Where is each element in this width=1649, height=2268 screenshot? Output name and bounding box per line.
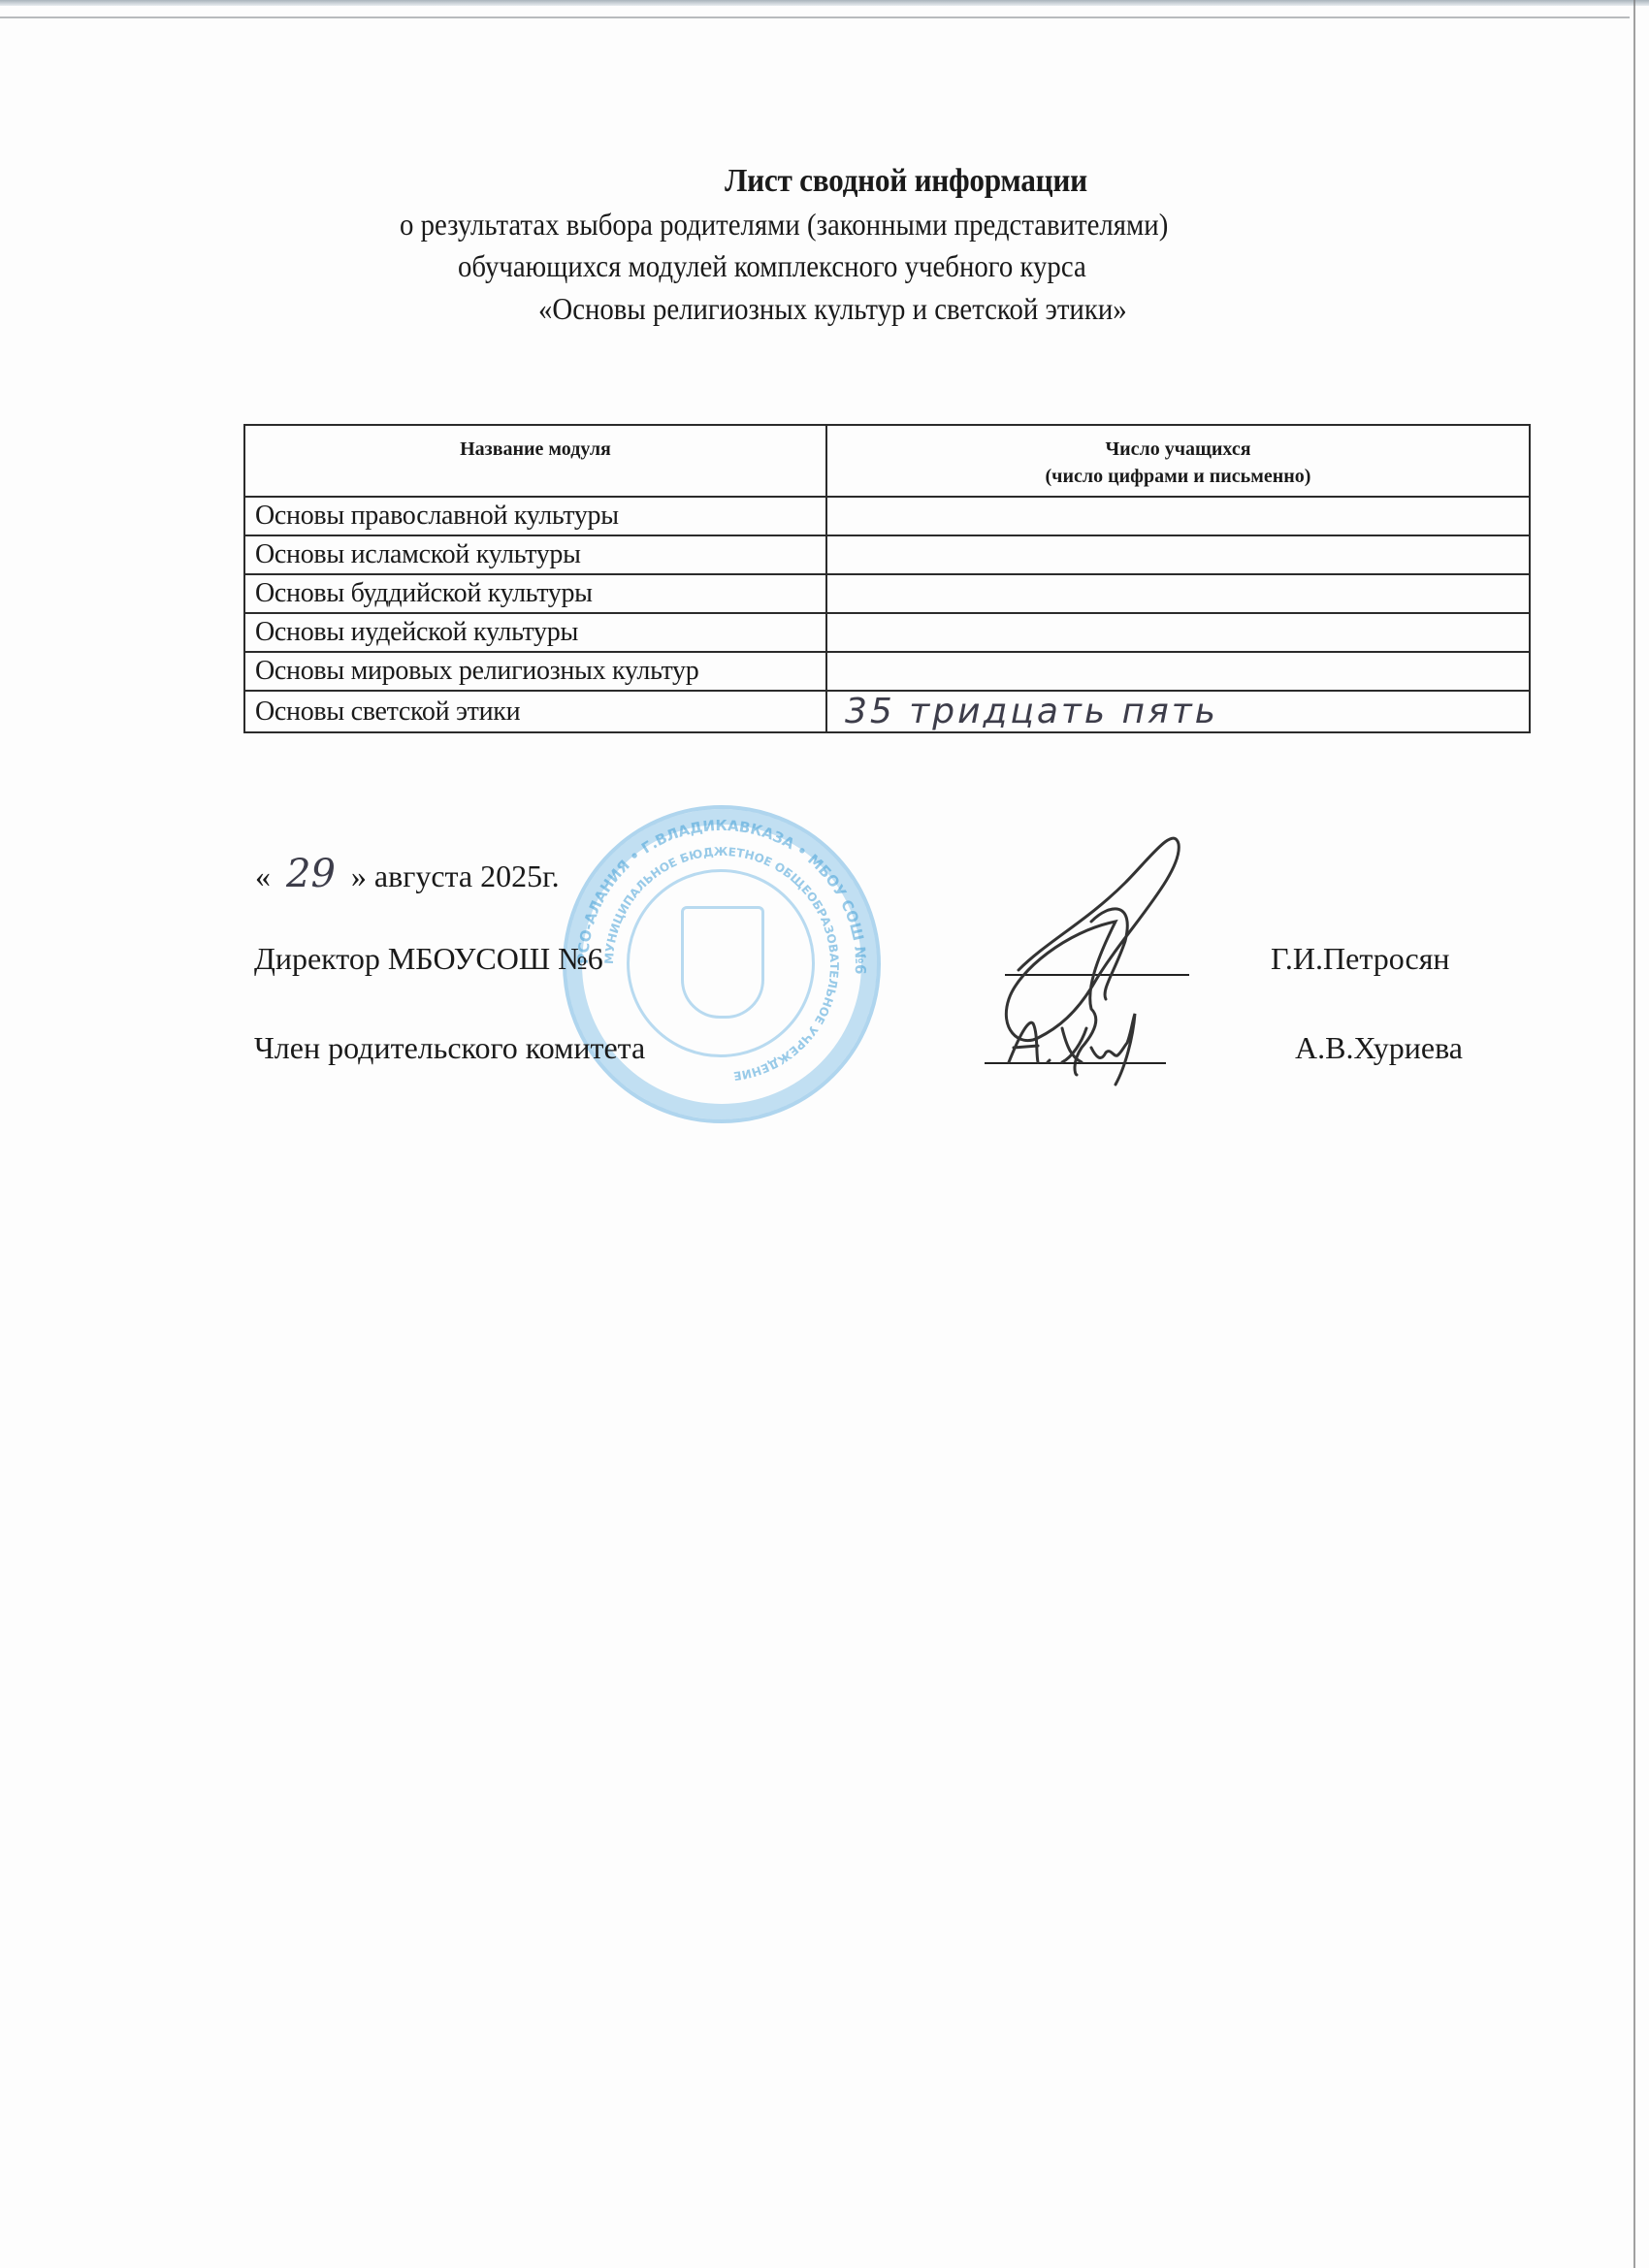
date-day-handwritten: 29 [286,852,336,896]
stamp-outer-text: РСО-АЛАНИЯ • Г.ВЛАДИКАВКАЗА • МБОУ СОШ №… [574,817,869,975]
header-count-line1: Число учащихся [837,434,1519,465]
table-row: Основы буддийской культуры [244,574,1530,613]
official-stamp: РСО-АЛАНИЯ • Г.ВЛАДИКАВКАЗА • МБОУ СОШ №… [563,805,881,1123]
student-count [826,574,1530,613]
subtitle-line-3: «Основы религиозных культур и светской э… [538,291,1127,327]
table-row: Основы иудейской культуры [244,613,1530,652]
table-row: Основы исламской культуры [244,535,1530,574]
scan-edge-right [1633,0,1635,2268]
modules-table: Название модуля Число учащихся (число ци… [243,424,1531,733]
date-month-year: августа 2025г. [374,859,560,893]
module-name: Основы иудейской культуры [244,613,826,652]
stamp-text: РСО-АЛАНИЯ • Г.ВЛАДИКАВКАЗА • МБОУ СОШ №… [566,809,877,1119]
committee-member-name: А.В.Хуриева [1295,1030,1463,1066]
subtitle-line-2: обучающихся модулей комплексного учебног… [458,248,1086,284]
module-name: Основы светской этики [244,691,826,732]
table-row: Основы светской этики 35 тридцать пять [244,691,1530,732]
svg-text:РСО-АЛАНИЯ • Г.ВЛАДИКАВКАЗА •: РСО-АЛАНИЯ • Г.ВЛАДИКАВКАЗА • МБОУ СОШ №… [574,817,869,975]
director-label: Директор МБОУСОШ №6 [254,941,603,977]
student-count-handwritten: 35 тридцать пять [826,691,1530,732]
student-count [826,652,1530,691]
table-header-row: Название модуля Число учащихся (число ци… [244,425,1530,497]
subtitle-line-1: о результатах выбора родителями (законны… [400,207,1168,243]
document-date: « 29 » августа 2025г. [255,852,560,896]
committee-member-label: Член родительского комитета [254,1030,645,1066]
header-module-label: Название модуля [460,438,611,460]
date-close-quote: » [351,859,367,893]
scan-edge-top [0,0,1649,6]
date-open-quote: « [255,859,271,893]
table-row: Основы православной культуры [244,497,1530,535]
document-title: Лист сводной информации [147,163,1649,200]
header-module-name: Название модуля [244,425,826,497]
student-count [826,497,1530,535]
header-student-count: Число учащихся (число цифрами и письменн… [826,425,1530,497]
student-count [826,613,1530,652]
table-row: Основы мировых религиозных культур [244,652,1530,691]
module-name: Основы исламской культуры [244,535,826,574]
student-count [826,535,1530,574]
module-name: Основы православной культуры [244,497,826,535]
module-name: Основы буддийской культуры [244,574,826,613]
header-count-line2: (число цифрами и письменно) [837,465,1519,488]
scan-edge-line [0,16,1630,18]
module-name: Основы мировых религиозных культур [244,652,826,691]
committee-signature-icon [999,1009,1193,1086]
director-name: Г.И.Петросян [1271,941,1450,977]
